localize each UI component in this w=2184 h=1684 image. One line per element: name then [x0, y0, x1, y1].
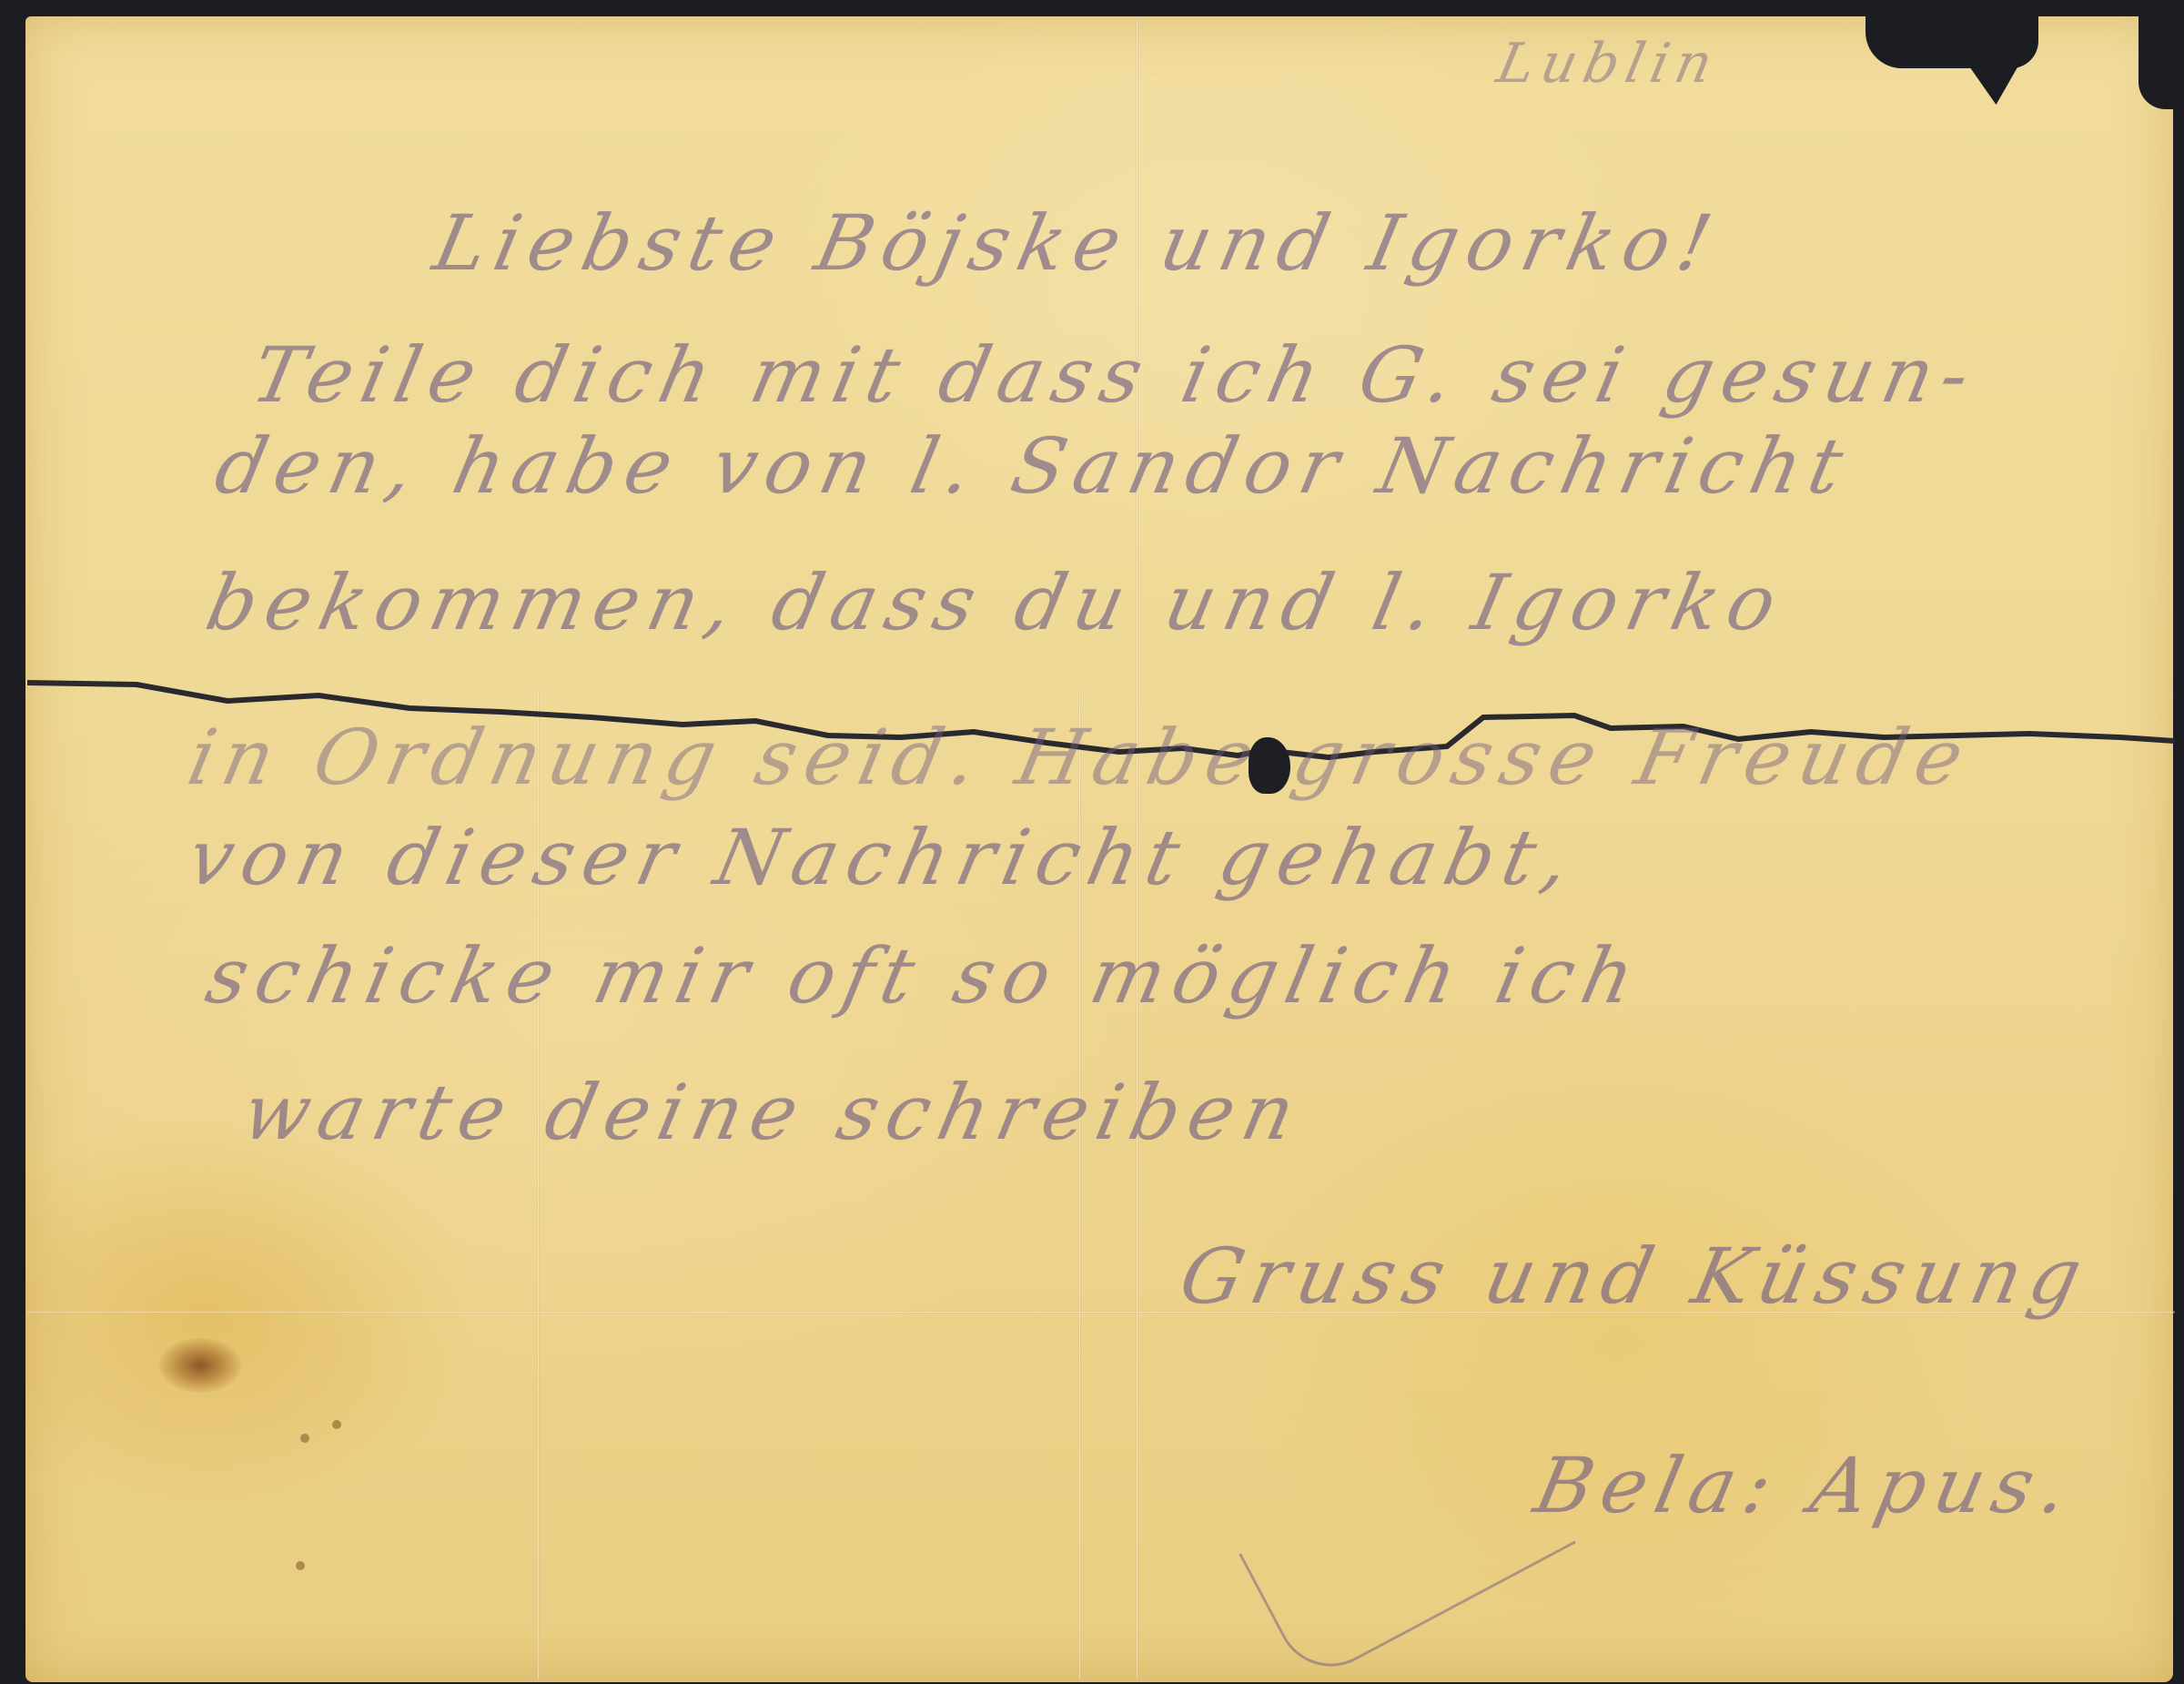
body-line-1: Teile dich mit dass ich G. sei gesun-: [246, 337, 1985, 413]
body-line-4: in Ordnung seid. Habe grosse Freude: [182, 719, 1978, 796]
signature: Bela: Apus.: [1529, 1447, 2084, 1524]
stain-spot: [296, 1561, 305, 1570]
body-line-2: den, habe von l. Sandor Nachricht: [209, 428, 1858, 504]
body-line-7: warte deine schreiben: [237, 1074, 1310, 1151]
salutation: Liebste Böjske und Igorko!: [428, 205, 1727, 281]
body-line-6: schicke mir oft so möglich ich: [200, 938, 1650, 1014]
body-line-5: von dieser Nachricht gehabt,: [182, 819, 1585, 896]
stain-spot: [332, 1420, 341, 1429]
rust-stain: [159, 1338, 241, 1393]
torn-edge-right: [2138, 0, 2184, 109]
stain-spot: [300, 1434, 309, 1443]
place-heading: Lublin: [1492, 36, 1724, 91]
body-line-3: bekommen, dass du und l. Igorko: [200, 564, 1792, 641]
closing: Gruss und Küssung: [1174, 1238, 2097, 1314]
